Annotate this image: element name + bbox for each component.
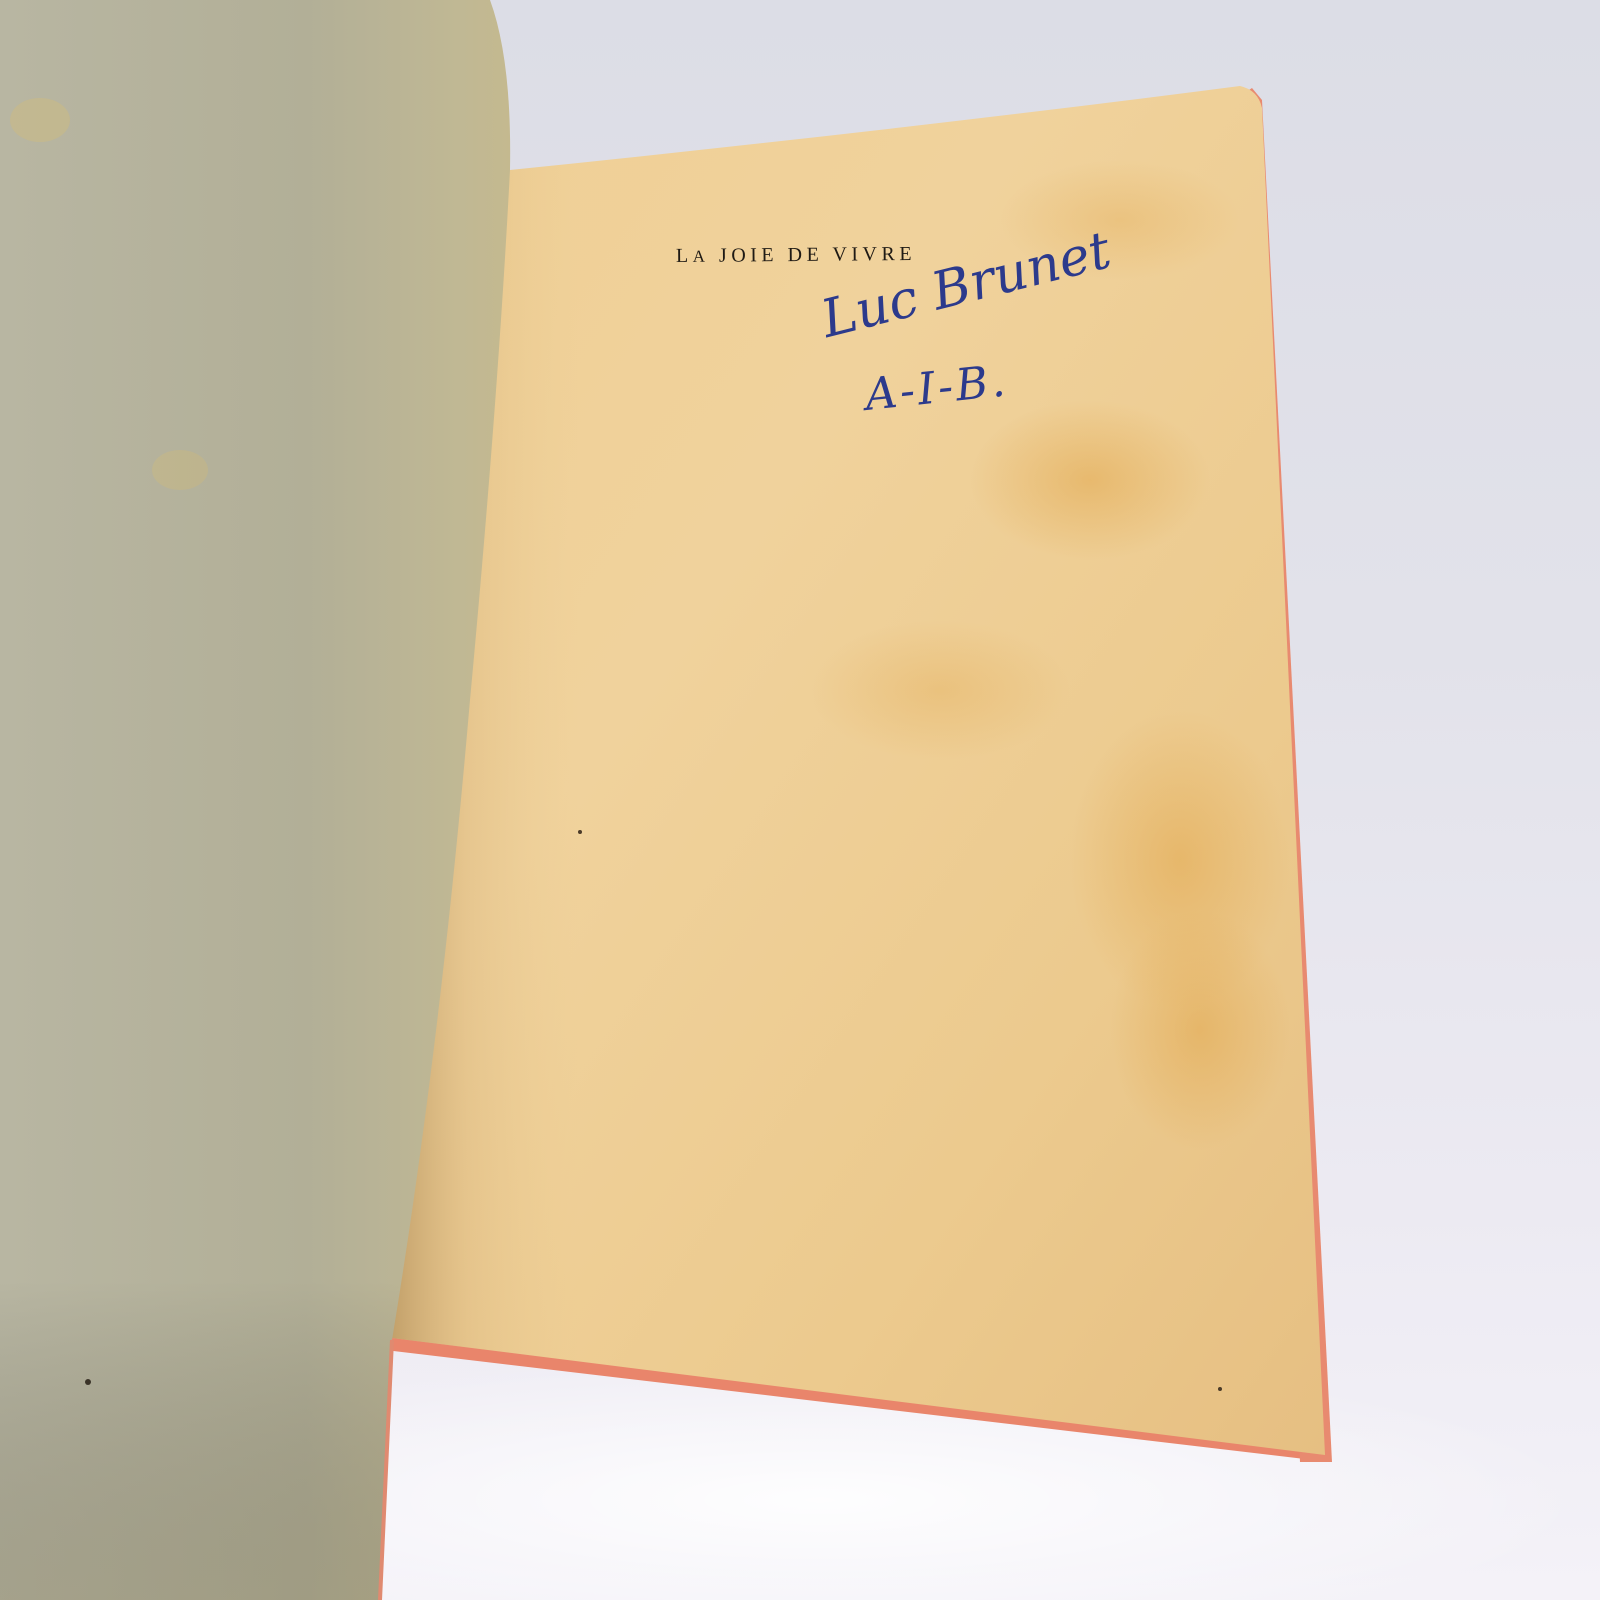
half-title: LA JOIE DE VIVRE: [676, 243, 916, 268]
title-small: A: [693, 247, 710, 266]
right-page-shape: [0, 0, 1600, 1600]
title-rest: JOIE DE VIVRE: [709, 243, 916, 267]
right-page: [0, 0, 1600, 1600]
title-initial: L: [676, 245, 693, 267]
book-photo: LA JOIE DE VIVRE Luc Brunet A-I-B.: [0, 0, 1600, 1600]
